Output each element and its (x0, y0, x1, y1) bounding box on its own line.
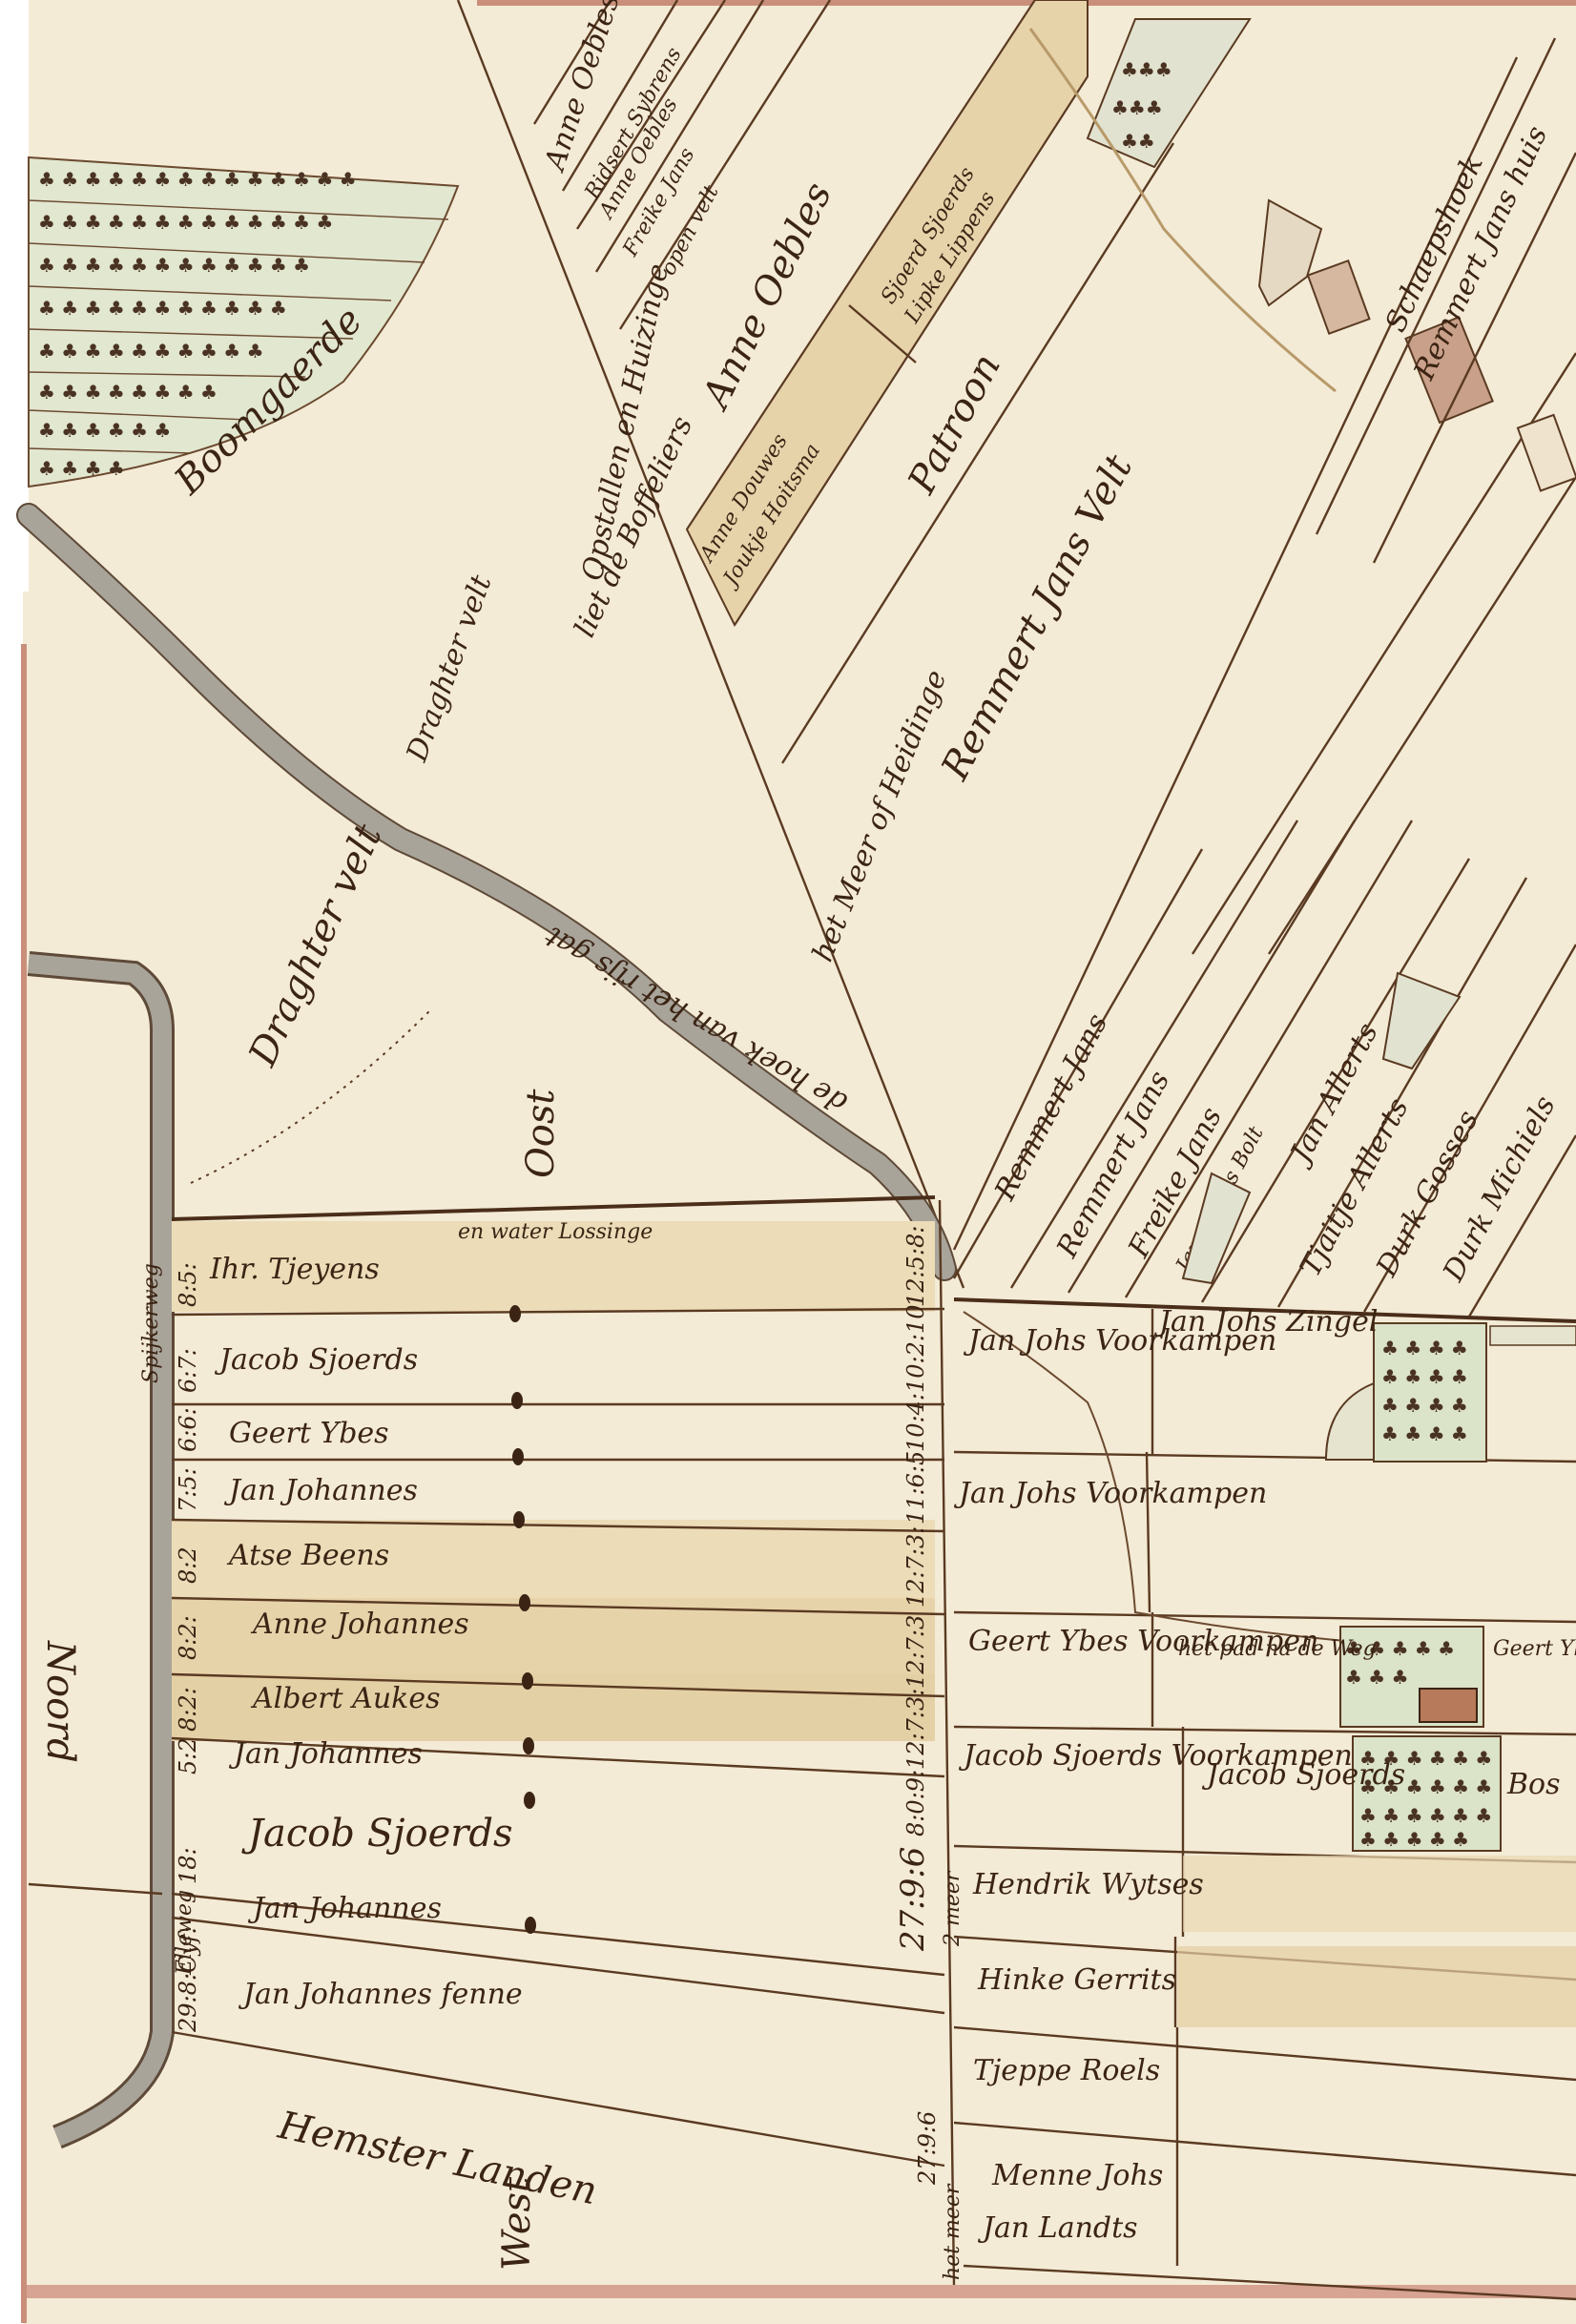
right-row-0-second: Jan Johs Zingel (1153, 1305, 1378, 1338)
tan-row-hendrik (1183, 1856, 1576, 1932)
svg-text:27:9:6: 27:9:6 (894, 1847, 932, 1952)
svg-text:8:2:: 8:2: (175, 1687, 201, 1732)
svg-text:♣ ♣ ♣ ♣ ♣ ♣ ♣ ♣: ♣ ♣ ♣ ♣ ♣ ♣ ♣ ♣ (38, 381, 218, 404)
svg-text:8:2: 8:2 (175, 1546, 201, 1584)
canal-side-label: Elleweg (173, 1890, 197, 1976)
tan-row-hinke (1177, 1946, 1576, 2027)
svg-text:Jan Johannes fenne: Jan Johannes fenne (238, 1978, 523, 2011)
svg-text:18:: 18: (175, 1847, 201, 1884)
compass-west: West (495, 2176, 539, 2271)
svg-text:♣ ♣ ♣ ♣: ♣ ♣ ♣ ♣ (1381, 1337, 1468, 1359)
header-note: en water Lossinge (458, 1220, 653, 1244)
svg-text:7:5:: 7:5: (175, 1467, 201, 1512)
svg-text:♣♣: ♣♣ (1121, 130, 1155, 153)
svg-text:5:2: 5:2 (175, 1737, 201, 1774)
svg-text:♣ ♣ ♣ ♣ ♣ ♣: ♣ ♣ ♣ ♣ ♣ ♣ (38, 419, 171, 442)
meer-label-2: het meer (941, 2183, 964, 2280)
svg-text:Jacob Sjoerds: Jacob Sjoerds (214, 1343, 418, 1377)
right-row-4-name: Hendrik Wytses (972, 1868, 1204, 1901)
svg-text:♣ ♣ ♣ ♣: ♣ ♣ ♣ ♣ (1381, 1394, 1468, 1417)
svg-text:Ihr. Tjeyens: Ihr. Tjeyens (209, 1253, 380, 1286)
svg-text:♣♣♣: ♣♣♣ (1111, 96, 1163, 119)
svg-text:♣ ♣ ♣ ♣ ♣ ♣ ♣ ♣ ♣ ♣ ♣ ♣: ♣ ♣ ♣ ♣ ♣ ♣ ♣ ♣ ♣ ♣ ♣ ♣ (38, 254, 310, 277)
svg-text:Jan Johannes: Jan Johannes (247, 1892, 442, 1925)
svg-text:12:7:3: 12:7:3 (902, 1615, 929, 1689)
meer-label-1: 2 meer (941, 1870, 964, 1947)
compass-noord: Noord (38, 1640, 82, 1763)
svg-text:10:4:: 10:4: (902, 1393, 929, 1452)
right-row-5-name: Hinke Gerrits (977, 1963, 1176, 1997)
svg-text:Atse Beens: Atse Beens (226, 1539, 389, 1572)
right-row-3-second: Jacob Sjoerds (1201, 1758, 1405, 1792)
right-bottom-num: 27:9:6 (914, 2111, 941, 2186)
table-row: Jan Johannes fenne (238, 1978, 523, 2011)
svg-text:Geert Ybes: Geert Ybes (229, 1417, 389, 1450)
house-geert-ybes (1420, 1689, 1477, 1722)
svg-text:10:2:10: 10:2:10 (902, 1304, 929, 1393)
svg-text:6:7:: 6:7: (175, 1348, 201, 1393)
right-row-2-house: Geert Ybes huis (1493, 1637, 1576, 1661)
orchard-strip-right (1490, 1326, 1576, 1345)
svg-text:Anne Johannes: Anne Johannes (250, 1608, 469, 1641)
right-row-2-path: het pad na de Weg (1178, 1637, 1377, 1661)
svg-text:Jacob Sjoerds: Jacob Sjoerds (241, 1812, 513, 1856)
svg-text:♣ ♣ ♣: ♣ ♣ ♣ (1345, 1666, 1409, 1689)
right-row-1-name: Jan Johs Voorkampen (953, 1477, 1267, 1510)
svg-text:Jan Johannes: Jan Johannes (228, 1737, 423, 1771)
svg-text:♣ ♣ ♣ ♣ ♣ ♣: ♣ ♣ ♣ ♣ ♣ ♣ (1359, 1804, 1492, 1827)
svg-text:♣ ♣ ♣ ♣: ♣ ♣ ♣ ♣ (1381, 1422, 1468, 1445)
svg-text:♣ ♣ ♣ ♣ ♣ ♣ ♣ ♣ ♣ ♣ ♣ ♣ ♣ ♣: ♣ ♣ ♣ ♣ ♣ ♣ ♣ ♣ ♣ ♣ ♣ ♣ ♣ ♣ (38, 168, 357, 191)
svg-text:♣ ♣ ♣ ♣: ♣ ♣ ♣ ♣ (38, 457, 125, 480)
compass-oost: Oost (519, 1089, 563, 1178)
svg-text:11:6:5: 11:6:5 (902, 1451, 929, 1525)
svg-text:♣♣♣: ♣♣♣ (1121, 58, 1172, 81)
svg-text:♣ ♣ ♣ ♣: ♣ ♣ ♣ ♣ (1381, 1365, 1468, 1388)
canal-label: Spijkerweg (139, 1263, 163, 1383)
svg-text:♣ ♣ ♣ ♣ ♣ ♣ ♣ ♣ ♣ ♣ ♣ ♣ ♣: ♣ ♣ ♣ ♣ ♣ ♣ ♣ ♣ ♣ ♣ ♣ ♣ ♣ (38, 211, 333, 234)
right-row-6-name: Tjeppe Roels (973, 2054, 1160, 2087)
svg-text:Jan Johannes: Jan Johannes (223, 1474, 418, 1507)
svg-text:12:7:3:: 12:7:3: (902, 1526, 929, 1608)
svg-text:Albert Aukes: Albert Aukes (250, 1682, 440, 1715)
map-border-left (21, 644, 27, 2323)
svg-text:8:5:: 8:5: (175, 1262, 201, 1307)
svg-text:♣ ♣ ♣ ♣ ♣ ♣ ♣ ♣ ♣ ♣: ♣ ♣ ♣ ♣ ♣ ♣ ♣ ♣ ♣ ♣ (38, 340, 264, 363)
svg-text:12:7:3:: 12:7:3: (902, 1689, 929, 1770)
right-row-7-extra: Jan Landts (977, 2211, 1138, 2245)
svg-text:6:6:: 6:6: (175, 1407, 201, 1452)
svg-text:12:5:8:: 12:5:8: (902, 1226, 929, 1307)
svg-text:♣ ♣ ♣ ♣ ♣ ♣ ♣ ♣ ♣ ♣ ♣: ♣ ♣ ♣ ♣ ♣ ♣ ♣ ♣ ♣ ♣ ♣ (38, 297, 287, 320)
right-row-3-extra: Bos (1506, 1768, 1561, 1801)
map-border-top (477, 0, 1576, 6)
historical-land-map: ♣ ♣ ♣ ♣ ♣ ♣ ♣ ♣ ♣ ♣ ♣ ♣ ♣ ♣ ♣ ♣ ♣ ♣ ♣ ♣ … (0, 0, 1576, 2324)
svg-text:8:0:9:: 8:0:9: (902, 1770, 929, 1836)
right-row-7-name: Menne Johs (991, 2159, 1163, 2192)
svg-text:♣ ♣ ♣ ♣ ♣: ♣ ♣ ♣ ♣ ♣ (1359, 1828, 1469, 1851)
svg-text:8:2:: 8:2: (175, 1615, 201, 1660)
